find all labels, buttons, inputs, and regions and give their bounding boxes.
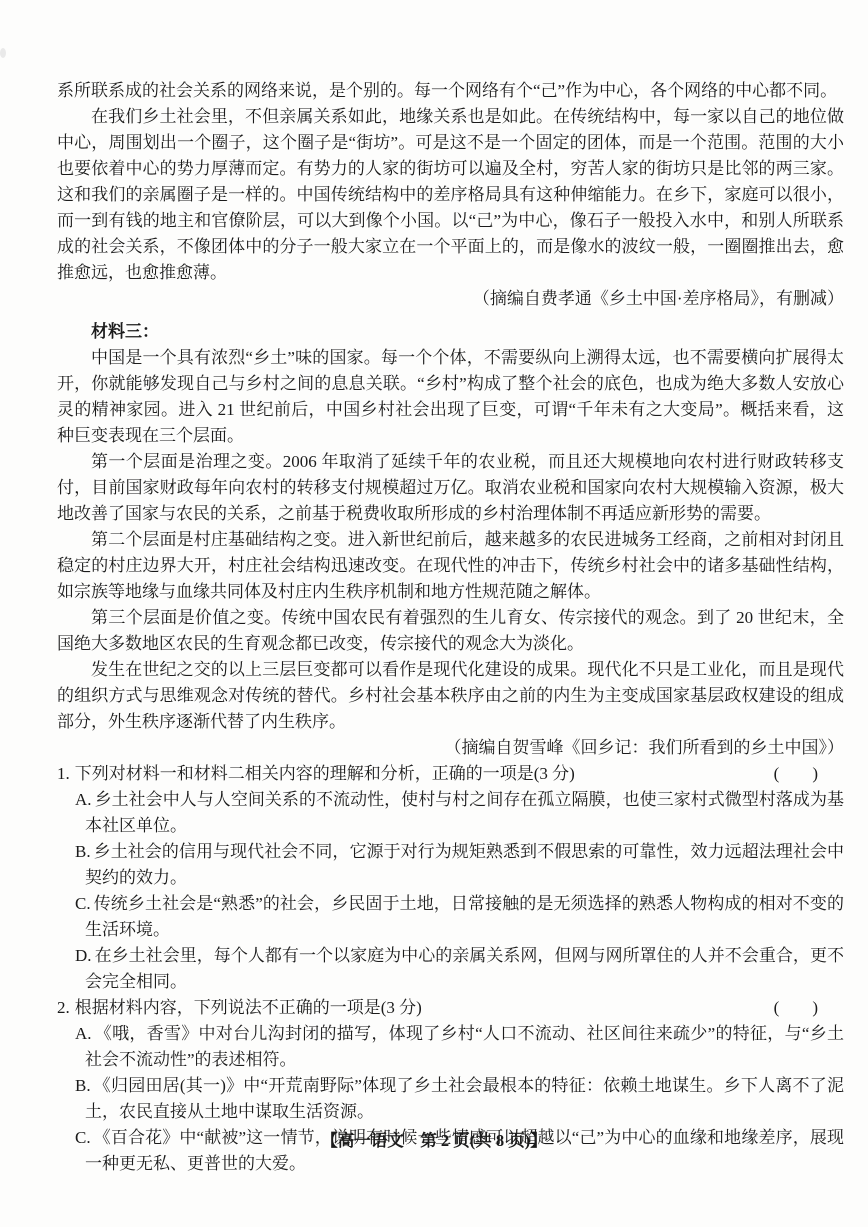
option-a-label: A. bbox=[75, 1024, 92, 1043]
scan-artifact bbox=[0, 48, 6, 58]
page-content: 系所联系成的社会关系的网络来说，是个别的。每一个网络有个“己”作为中心，各个网络… bbox=[0, 0, 868, 1177]
question-1-stem: ( ) 1.下列对材料一和材料二相关内容的理解和分析，正确的一项是(3 分) bbox=[57, 761, 844, 787]
material3-paragraph-4: 第三个层面是价值之变。传统中国农民有着强烈的生儿育女、传宗接代的观念。到了 20… bbox=[57, 605, 844, 657]
question-1-stem-text: 下列对材料一和材料二相关内容的理解和分析，正确的一项是(3 分) bbox=[75, 764, 575, 783]
question-2-option-a: A.《哦，香雪》中对台儿沟封闭的描写，体现了乡村“人口不流动、社区间往来疏少”的… bbox=[85, 1021, 844, 1073]
material3-heading: 材料三： bbox=[57, 319, 844, 345]
question-1-option-d: D.在乡土社会里，每个人都有一个以家庭为中心的亲属关系网，但网与网所罩住的人并不… bbox=[85, 943, 844, 995]
question-1-option-a: A.乡土社会中人与人空间关系的不流动性，使村与村之间存在孤立隔膜，也使三家村式微… bbox=[85, 787, 844, 839]
question-2-option-b: B.《归园田居(其一)》中“开荒南野际”体现了乡土社会最根本的特征：依赖土地谋生… bbox=[85, 1073, 844, 1125]
option-b-text: 《归园田居(其一)》中“开荒南野际”体现了乡土社会最根本的特征：依赖土地谋生。乡… bbox=[85, 1076, 844, 1121]
material3-attribution: （摘编自贺雪峰《回乡记：我们所看到的乡土中国》） bbox=[57, 735, 844, 761]
question-2-stem-text: 根据材料内容，下列说法不正确的一项是(3 分) bbox=[75, 998, 422, 1017]
option-d-label: D. bbox=[75, 946, 92, 965]
option-d-text: 在乡土社会里，每个人都有一个以家庭为中心的亲属关系网，但网与网所罩住的人并不会重… bbox=[85, 946, 844, 991]
question-1-option-c: C.传统乡土社会是“熟悉”的社会，乡民固于土地，日常接触的是无须选择的熟悉人物构… bbox=[85, 891, 844, 943]
option-b-label: B. bbox=[75, 842, 91, 861]
material2-attribution: （摘编自费孝通《乡土中国·差序格局》，有删减） bbox=[57, 286, 844, 312]
page-footer: 【高一语文 第 2 页(共 8 页)】 bbox=[0, 1128, 868, 1154]
option-a-text: 乡土社会中人与人空间关系的不流动性，使村与村之间存在孤立隔膜，也使三家村式微型村… bbox=[85, 790, 844, 835]
material3-paragraph-5: 发生在世纪之交的以上三层巨变都可以看作是现代化建设的成果。现代化不只是工业化，而… bbox=[57, 657, 844, 735]
material3-paragraph-1: 中国是一个具有浓烈“乡土”味的国家。每一个个体，不需要纵向上溯得太远，也不需要横… bbox=[57, 345, 844, 449]
material3-paragraph-2: 第一个层面是治理之变。2006 年取消了延续千年的农业税，而且还大规模地向农村进… bbox=[57, 449, 844, 527]
exam-page: 系所联系成的社会关系的网络来说，是个别的。每一个网络有个“己”作为中心，各个网络… bbox=[0, 0, 868, 1227]
material3-paragraph-3: 第二个层面是村庄基础结构之变。进入新世纪前后，越来越多的农民进城务工经商，之前相… bbox=[57, 527, 844, 605]
option-c-label: C. bbox=[75, 894, 91, 913]
material2-paragraph: 在我们乡土社会里，不但亲属关系如此，地缘关系也是如此。在传统结构中，每一家以自己… bbox=[57, 104, 844, 286]
question-2-stem: ( ) 2.根据材料内容，下列说法不正确的一项是(3 分) bbox=[57, 995, 844, 1021]
question-1: ( ) 1.下列对材料一和材料二相关内容的理解和分析，正确的一项是(3 分) A… bbox=[57, 761, 844, 995]
question-1-answer-bracket: ( ) bbox=[774, 761, 844, 787]
option-b-label: B. bbox=[75, 1076, 91, 1095]
option-c-text: 传统乡土社会是“熟悉”的社会，乡民固于土地，日常接触的是无须选择的熟悉人物构成的… bbox=[85, 894, 844, 939]
question-2-number: 2. bbox=[57, 998, 70, 1017]
option-a-label: A. bbox=[75, 790, 92, 809]
option-a-text: 《哦，香雪》中对台儿沟封闭的描写，体现了乡村“人口不流动、社区间往来疏少”的特征… bbox=[85, 1024, 844, 1069]
material2-paragraph-continuation: 系所联系成的社会关系的网络来说，是个别的。每一个网络有个“己”作为中心，各个网络… bbox=[57, 78, 844, 104]
option-b-text: 乡土社会的信用与现代社会不同，它源于对行为规矩熟悉到不假思索的可靠性，效力远超法… bbox=[85, 842, 844, 887]
question-1-option-b: B.乡土社会的信用与现代社会不同，它源于对行为规矩熟悉到不假思索的可靠性，效力远… bbox=[85, 839, 844, 891]
question-1-number: 1. bbox=[57, 764, 70, 783]
question-2-answer-bracket: ( ) bbox=[774, 995, 844, 1021]
